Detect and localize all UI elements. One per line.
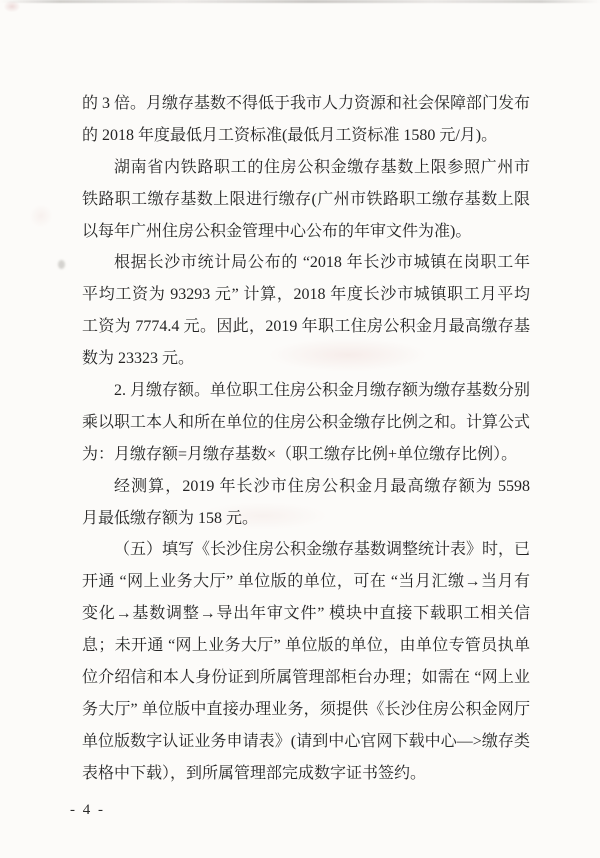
- text-line: 乘以职工本人和所在单位的住房公积金缴存比例之和。计算公式: [82, 407, 530, 439]
- text-line: 为：月缴存额=月缴存基数×（职工缴存比例+单位缴存比例）。: [82, 439, 530, 471]
- text-line: 月最低缴存额为 158 元。: [82, 503, 530, 535]
- text-line: 单位版数字认证业务申请表》(请到中心官网下载中心—>缴存类: [82, 726, 530, 758]
- text-line: 位介绍信和本人身份证到所属管理部柜台办理；如需在 “网上业: [82, 662, 530, 694]
- text-line: 平均工资为 93293 元” 计算，2018 年度长沙市城镇职工月平均: [82, 279, 530, 311]
- scan-artifact-top-edge: [0, 0, 600, 3]
- scanned-document-page: 的 3 倍。月缴存基数不得低于我市人力资源和社会保障部门发布 的 2018 年度…: [0, 0, 600, 858]
- scan-smudge: [30, 205, 52, 227]
- text-line: 工资为 7774.4 元。因此，2019 年职工住房公积金月最高缴存基: [82, 311, 530, 343]
- text-line: 2. 月缴存额。单位职工住房公积金月缴存额为缴存基数分别: [82, 375, 530, 407]
- scan-speck: [58, 260, 65, 269]
- text-line: 息；未开通 “网上业务大厅” 单位版的单位，由单位专管员执单: [82, 630, 530, 662]
- text-line: 的 3 倍。月缴存基数不得低于我市人力资源和社会保障部门发布: [82, 88, 530, 120]
- document-body: 的 3 倍。月缴存基数不得低于我市人力资源和社会保障部门发布 的 2018 年度…: [82, 88, 530, 790]
- text-line: 数为 23323 元。: [82, 343, 530, 375]
- page-number: - 4 -: [70, 802, 105, 819]
- text-line: 根据长沙市统计局公布的 “2018 年长沙市城镇在岗职工年: [82, 247, 530, 279]
- text-line: 铁路职工缴存基数上限进行缴存(广州市铁路职工缴存基数上限: [82, 184, 530, 216]
- text-line: 开通 “网上业务大厅” 单位版的单位，可在 “当月汇缴→当月有: [82, 566, 530, 598]
- text-line: 以每年广州住房公积金管理中心公布的年审文件为准)。: [82, 216, 530, 248]
- text-line: 的 2018 年度最低月工资标准(最低月工资标准 1580 元/月)。: [82, 120, 530, 152]
- text-line: （五）填写《长沙住房公积金缴存基数调整统计表》时，已: [82, 534, 530, 566]
- text-line: 变化→基数调整→导出年审文件” 模块中直接下载职工相关信: [82, 598, 530, 630]
- text-line: 湖南省内铁路职工的住房公积金缴存基数上限参照广州市: [82, 152, 530, 184]
- text-line: 务大厅” 单位版中直接办理业务，须提供《长沙住房公积金网厅: [82, 694, 530, 726]
- text-line: 表格中下载），到所属管理部完成数字证书签约。: [82, 758, 530, 790]
- text-line: 经测算，2019 年长沙市住房公积金月最高缴存额为 5598 元，: [82, 471, 530, 503]
